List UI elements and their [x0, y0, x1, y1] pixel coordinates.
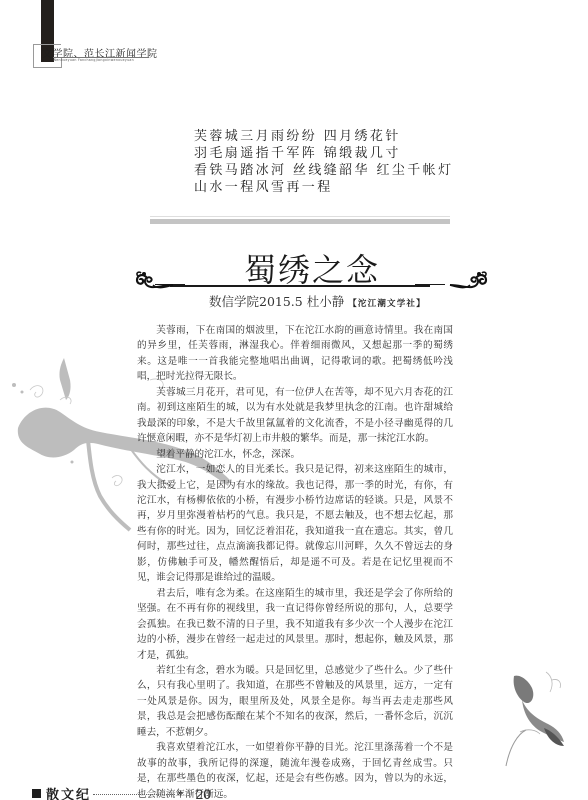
paragraph: 芙蓉雨，下在南国的烟波里，下在沱江水韵的画意诗情里。我在南国的异乡里，任芙蓉雨，… [137, 323, 453, 385]
separator-gray [150, 219, 450, 224]
separator-thin [150, 216, 450, 217]
double-chevron-icon: » [177, 788, 183, 799]
cloud-scroll-ornament-left-icon [133, 270, 175, 292]
byline: 数信学院2015.5 杜小静【沱江潮文学社】 [209, 292, 426, 310]
page-number: 20 [195, 786, 211, 800]
poem-line: 山水一程风雪再一程 [194, 179, 453, 196]
title-rule [170, 285, 430, 287]
footer-dotted-leader [93, 794, 175, 795]
poem-line: 羽毛扇遥指千军阵 锦缎裁几寸 [194, 145, 453, 162]
college-pinyin: Wenxueyuan Fanchangjiangxinwenxueyuan [53, 58, 134, 62]
paragraph: 沱江水，一如恋人的目光柔长。我只是记得，初来这座陌生的城市，我大抵爱上它，是因为… [137, 462, 453, 586]
poem-line: 芙蓉城三月雨纷纷 四月绣花针 [194, 128, 453, 145]
header-frame-bottom [33, 67, 62, 68]
section-name: 散文纪 [46, 784, 91, 800]
author-info: 数信学院2015.5 杜小静 [209, 294, 344, 309]
footer-square-icon [32, 789, 41, 798]
cloud-scroll-ornament-right-icon [448, 270, 490, 292]
title-rule-right [415, 284, 445, 285]
paragraph: 望着平静的沱江水，怀念，深深。 [137, 447, 453, 462]
footer: 散文纪 » 20 [32, 784, 211, 800]
paragraph: 芙蓉城三月花开，君可见，有一位伊人在苦等，却不见六月杏花的江南。初到这座陌生的城… [137, 385, 453, 447]
paragraph: 若红尘有念，碧水为暖。只是回忆里，总感觉少了些什么。少了些什么，只有我心里明了。… [137, 663, 453, 740]
poem-line: 看铁马踏冰河 丝线缝韶华 红尘千帐灯 [194, 162, 453, 179]
society-tag: 【沱江潮文学社】 [348, 299, 426, 309]
paragraph: 君去后，唯有念为柔。在这座陌生的城市里，我还是学会了你所给的坚强。在不再有你的视… [137, 586, 453, 663]
epigraph-poem: 芙蓉城三月雨纷纷 四月绣花针 羽毛扇遥指千军阵 锦缎裁几寸 看铁马踏冰河 丝线缝… [194, 128, 453, 196]
article-body: 芙蓉雨，下在南国的烟波里，下在沱江水韵的画意诗情里。我在南国的异乡里，任芙蓉雨，… [137, 323, 453, 800]
bird-flower-icon [500, 670, 580, 780]
